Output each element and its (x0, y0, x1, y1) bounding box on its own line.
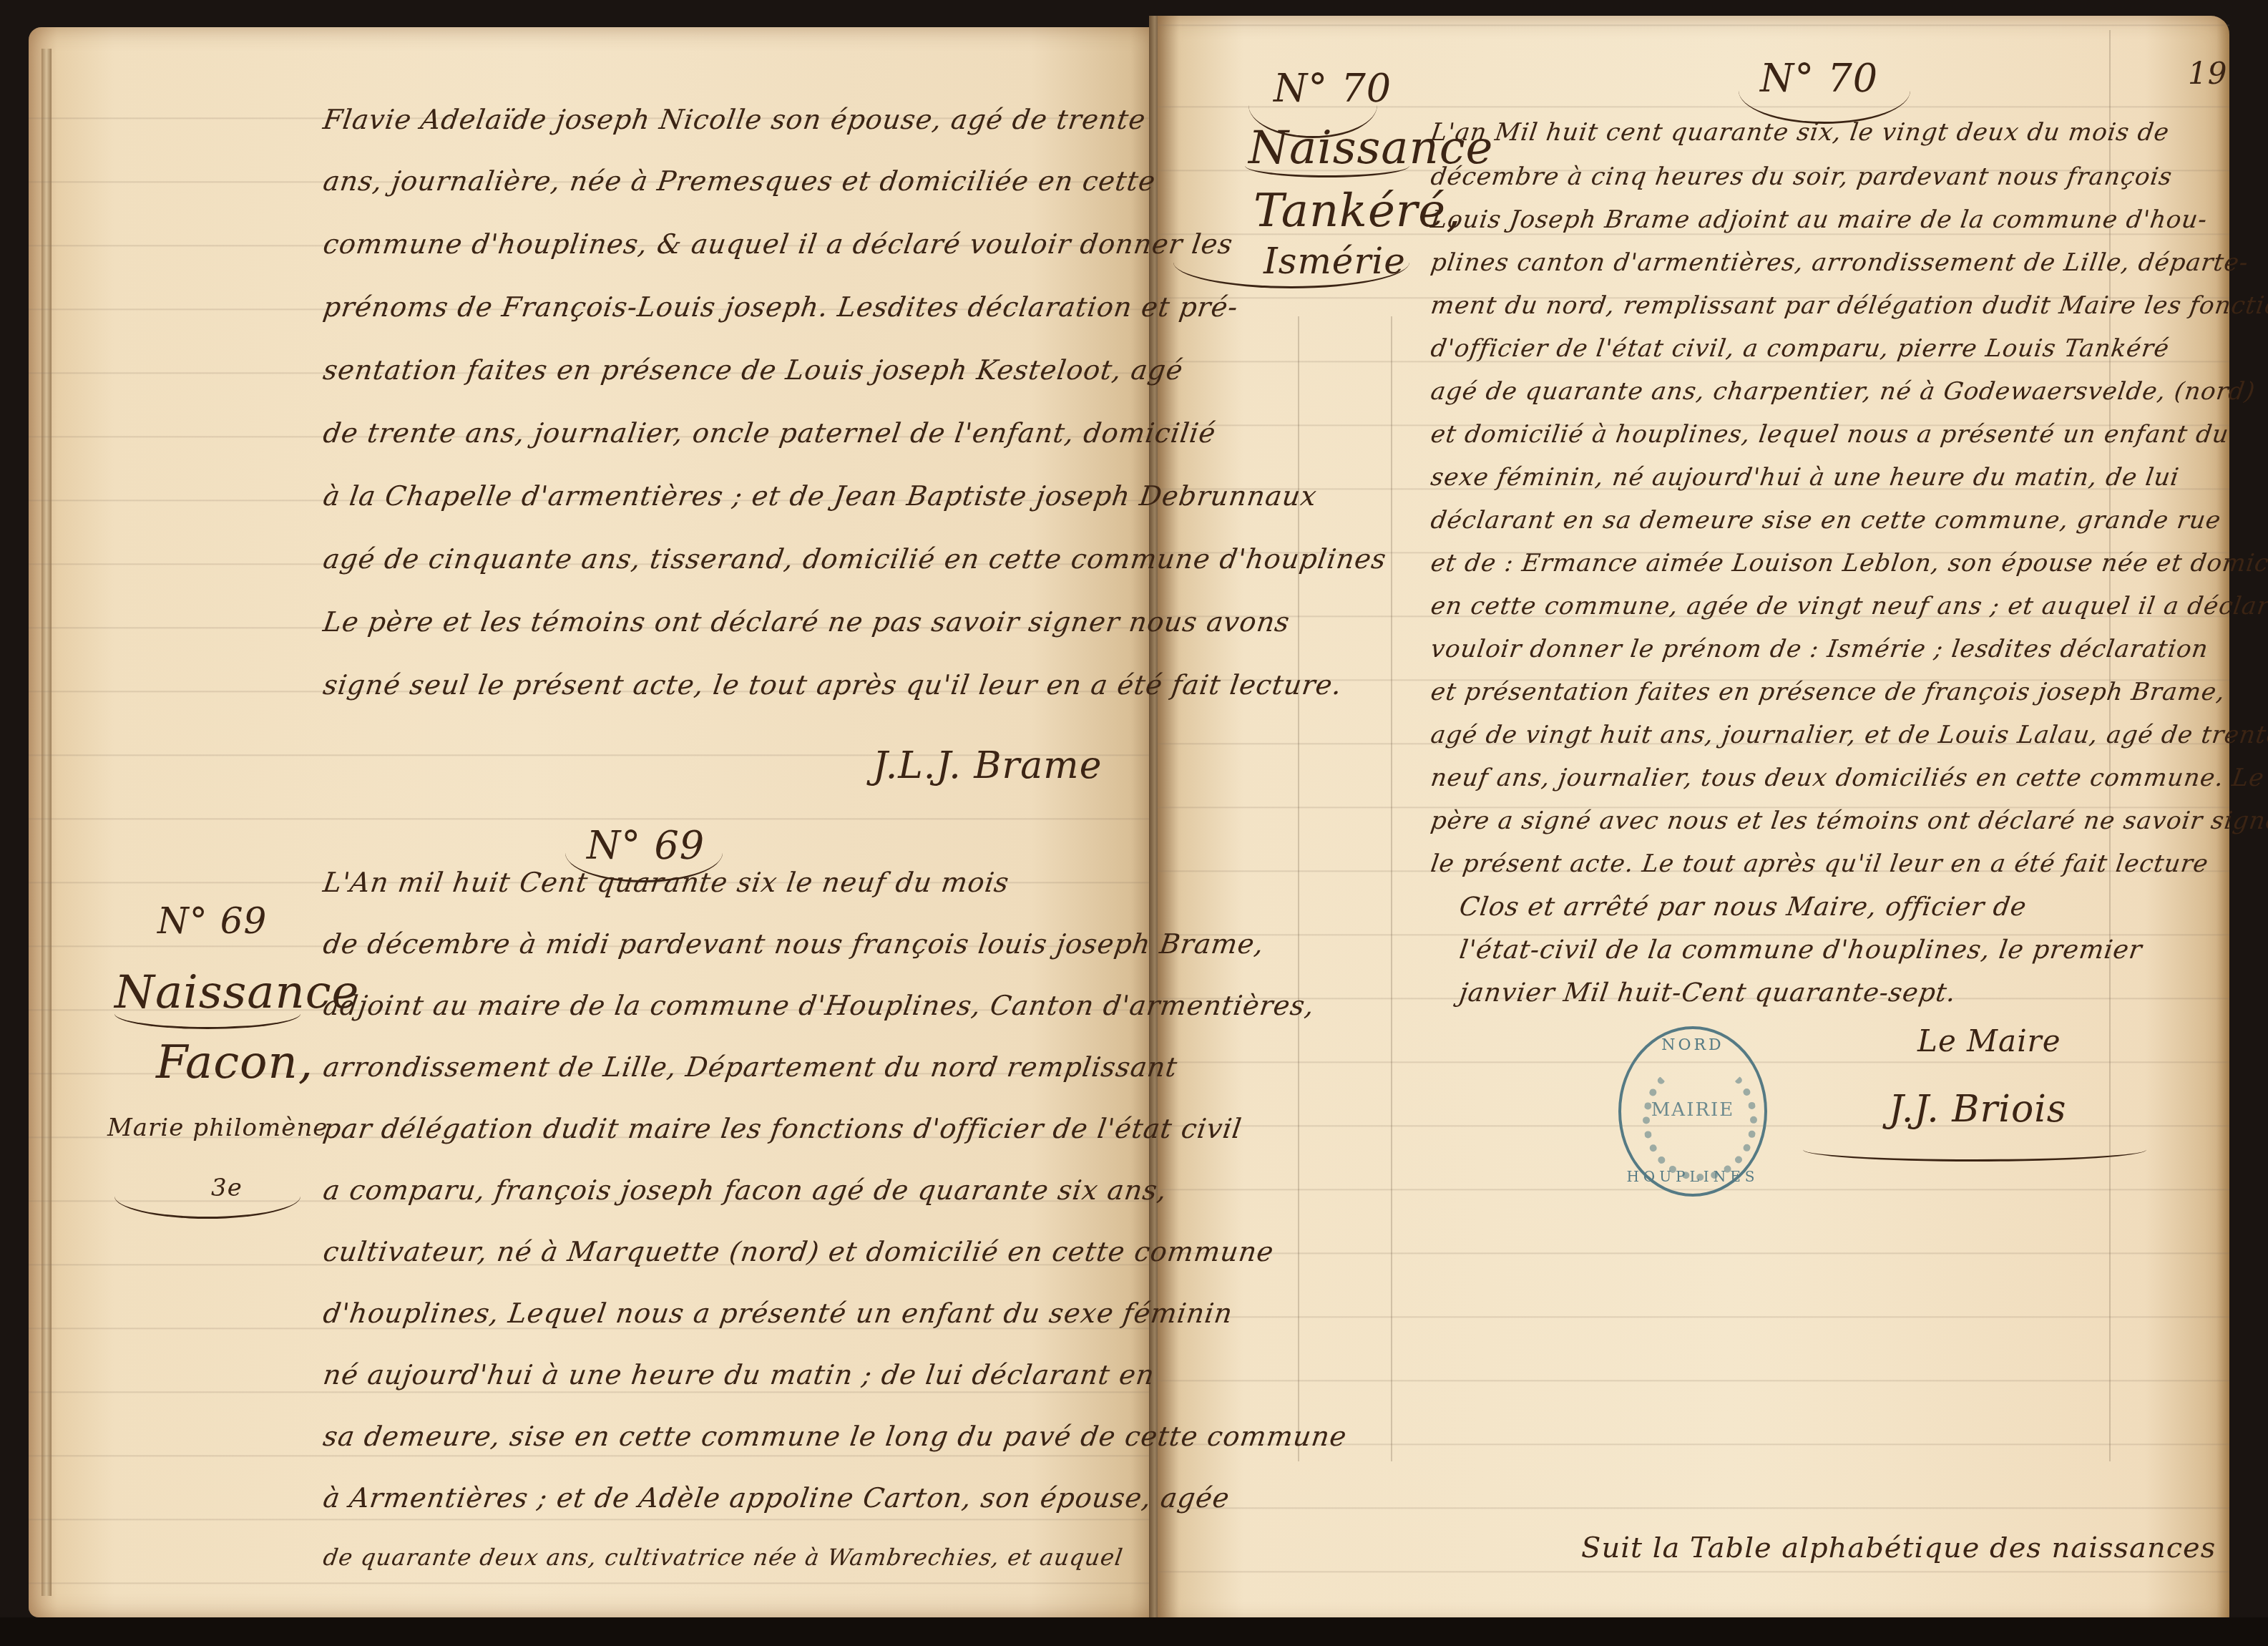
open-register-book: Flavie Adelaïde joseph Nicolle son épous… (0, 0, 2268, 1646)
footer-note: Suit la Table alphabétique des naissance… (1581, 1531, 2216, 1564)
text-line: agé de vingt huit ans, journalier, et de… (1429, 723, 2268, 747)
stamp-center-text: MAIRIE (1621, 1099, 1764, 1121)
text-line: sexe féminin, né aujourd'hui à une heure… (1429, 465, 2181, 490)
text-line: décembre à cinq heures du soir, pardevan… (1429, 165, 2174, 189)
text-line: né aujourd'hui à une heure du matin ; de… (321, 1361, 1156, 1388)
signature-flourish (1803, 1138, 2146, 1162)
text-line: par délégation dudit maire les fonctions… (321, 1115, 1243, 1142)
text-line: a comparu, françois joseph facon agé de … (321, 1177, 1168, 1204)
text-line: à la Chapelle d'armentières ; et de Jean… (321, 482, 1319, 510)
text-line: ment du nord, remplissant par délégation… (1429, 293, 2268, 318)
text-line: cultivateur, né à Marquette (nord) et do… (321, 1238, 1276, 1265)
text-line: adjoint au maire de la commune d'Houplin… (321, 992, 1316, 1019)
mairie-stamp: NORD MAIRIE HOUPLINES (1618, 1026, 1767, 1197)
number-oval (1739, 57, 1910, 124)
text-line: Louis Joseph Brame adjoint au maire de l… (1429, 208, 2209, 232)
text-line: sentation faites en présence de Louis jo… (321, 356, 1185, 384)
text-line: et de : Ermance aimée Louison Leblon, so… (1429, 551, 2268, 575)
text-line: neuf ans, journalier, tous deux domicili… (1429, 766, 2267, 790)
margin-given-names: Marie philomène (107, 1114, 328, 1142)
text-line: Clos et arrêté par nous Maire, officier … (1457, 895, 2028, 920)
text-line: l'état-civil de la commune d'houplines, … (1457, 938, 2144, 963)
stamp-top-text: NORD (1621, 1036, 1764, 1054)
margin-flourish (1173, 236, 1409, 288)
text-line: père a signé avec nous et les témoins on… (1429, 809, 2268, 833)
text-line: plines canton d'armentières, arrondissem… (1429, 250, 2250, 275)
text-line: déclarant en sa demeure sise en cette co… (1429, 508, 2223, 532)
margin-surname: Facon, (156, 1036, 313, 1089)
text-line: à Armentières ; et de Adèle appoline Car… (321, 1484, 1231, 1511)
text-line: janvier Mil huit-Cent quarante-sept. (1457, 980, 1957, 1006)
text-line: commune d'houplines, & auquel il a décla… (321, 230, 1235, 258)
text-line: de décembre à midi pardevant nous franço… (321, 930, 1266, 958)
signature-mayor: J.J. Briois (1889, 1088, 2067, 1131)
text-line: en cette commune, agée de vingt neuf ans… (1429, 594, 2268, 618)
text-line: le présent acte. Le tout après qu'il leu… (1429, 852, 2210, 876)
text-line: L'an Mil huit cent quarante six, le ving… (1429, 120, 2171, 145)
signature-brame: J.L.J. Brame (873, 744, 1102, 787)
margin-entry-number: N° 69 (157, 900, 267, 942)
margin-underline (114, 998, 300, 1029)
text-line: sa demeure, sise en cette commune le lon… (321, 1423, 1349, 1450)
page-number: 19 (2188, 56, 2227, 91)
text-line: d'houplines, Lequel nous a présenté un e… (321, 1300, 1234, 1327)
margin-rule (1391, 316, 1392, 1461)
text-line: arrondissement de Lille, Département du … (321, 1053, 1179, 1081)
margin-underline (1245, 154, 1409, 177)
text-line: signé seul le présent acte, le tout aprè… (321, 671, 1344, 698)
mayor-title: Le Maire (1917, 1023, 2061, 1058)
text-line: Le père et les témoins ont déclaré ne pa… (321, 608, 1291, 635)
stamp-bottom-text: HOUPLINES (1621, 1168, 1764, 1185)
text-line: agé de quarante ans, charpentier, né à G… (1429, 379, 2257, 404)
background-edge (0, 1617, 2268, 1646)
text-line: prénoms de François-Louis joseph. Lesdit… (321, 293, 1240, 321)
text-line: L'An mil huit Cent quarante six le neuf … (321, 869, 1011, 896)
text-line: de trente ans, journalier, oncle paterne… (321, 419, 1218, 447)
text-line: et présentation faites en présence de fr… (1429, 680, 2227, 704)
text-line: Flavie Adelaïde joseph Nicolle son épous… (321, 106, 1148, 133)
text-line: et domicilié à houplines, lequel nous a … (1429, 422, 2231, 447)
text-line: ans, journalière, née à Premesques et do… (321, 167, 1157, 195)
text-line: de quarante deux ans, cultivatrice née à… (322, 1546, 1125, 1569)
margin-flourish (114, 1174, 300, 1219)
text-line: vouloir donner le prénom de : Ismérie ; … (1429, 637, 2210, 661)
text-line: d'officier de l'état civil, a comparu, p… (1429, 336, 2171, 361)
text-line: agé de cinquante ans, tisserand, domicil… (321, 545, 1388, 573)
